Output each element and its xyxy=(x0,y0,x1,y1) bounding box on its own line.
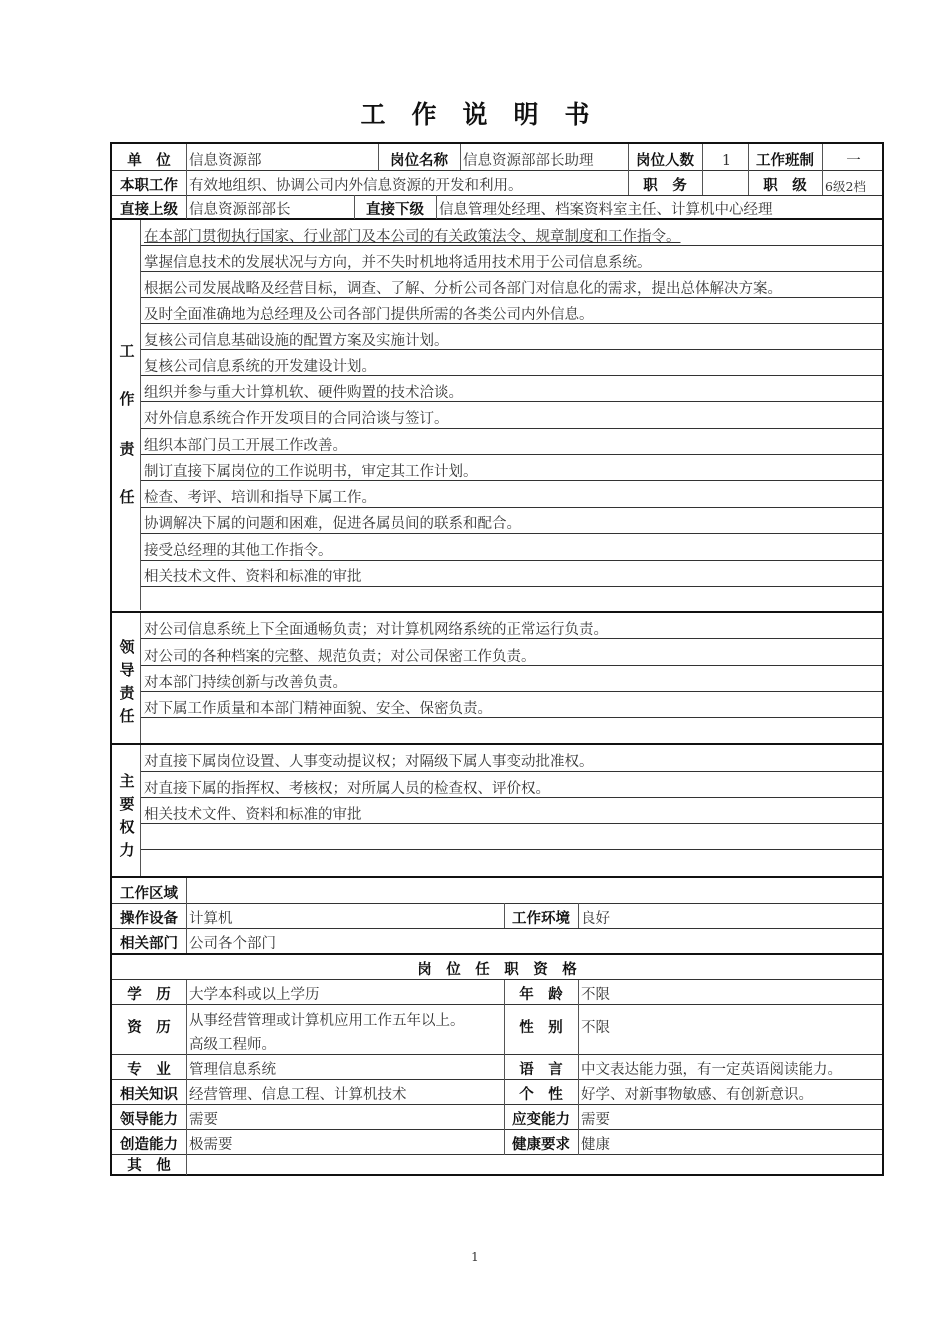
position-name-value: 信息资源部部长助理 xyxy=(460,144,628,170)
qualifications-title: 岗 位 任 职 资 格 xyxy=(112,955,882,979)
creativity-value: 极需要 xyxy=(186,1130,504,1154)
authority-item xyxy=(141,824,882,850)
major-label: 专 业 xyxy=(112,1055,186,1079)
authority-label: 主 要 权 力 xyxy=(112,770,142,860)
related-dept-value: 公司各个部门 xyxy=(186,928,882,953)
responsibility-item: 组织本部门员工开展工作改善。 xyxy=(141,428,882,455)
position-name-label: 岗位名称 xyxy=(378,144,460,170)
subordinate-label: 直接下级 xyxy=(354,195,436,219)
leadership-item: 对下属工作质量和本部门精神面貌、安全、保密负责。 xyxy=(141,692,882,718)
work-area-value xyxy=(186,878,882,903)
superior-value: 信息资源部部长 xyxy=(186,195,354,219)
adaptability-value: 需要 xyxy=(578,1105,882,1129)
grade-value: 6级2档 xyxy=(822,170,882,195)
work-env-value: 良好 xyxy=(578,903,882,928)
responsibility-item: 对外信息系统合作开发项目的合同洽谈与签订。 xyxy=(141,402,882,428)
label-char: 主 xyxy=(112,770,142,793)
gender-label: 性 别 xyxy=(504,1005,578,1054)
label-char: 权 xyxy=(112,816,142,839)
responsibility-item: 相关技术文件、资料和标准的审批 xyxy=(141,560,882,586)
health-value: 健康 xyxy=(578,1130,882,1154)
language-value: 中文表达能力强，有一定英语阅读能力。 xyxy=(578,1055,882,1079)
core-duty-value: 有效地组织、协调公司内外信息资源的开发和利用。 xyxy=(186,170,628,195)
title-value xyxy=(702,170,748,195)
subordinate-value: 信息管理处经理、档案资料室主任、计算机中心经理 xyxy=(436,195,882,219)
equipment-label: 操作设备 xyxy=(112,903,186,928)
gender-value: 不限 xyxy=(578,1005,882,1054)
unit-label: 单 位 xyxy=(112,144,186,170)
unit-value: 信息资源部 xyxy=(186,144,378,170)
authority-item: 对直接下属岗位设置、人事变动提议权；对隔级下属人事变动批准权。 xyxy=(141,745,882,771)
responsibility-item xyxy=(141,586,882,610)
other-label: 其 他 xyxy=(112,1155,186,1175)
work-area-label: 工作区域 xyxy=(112,878,186,903)
experience-value-line2: 高级工程师。 xyxy=(186,1030,504,1054)
label-char: 力 xyxy=(112,839,142,860)
page-number: 1 xyxy=(0,1250,950,1264)
work-env-label: 工作环境 xyxy=(504,903,578,928)
experience-label: 资 历 xyxy=(112,1005,186,1054)
headcount-value: 1 xyxy=(702,144,748,170)
authority-item: 对直接下属的指挥权、考核权；对所属人员的检查权、评价权。 xyxy=(141,771,882,798)
responsibility-item: 及时全面准确地为总经理及公司各部门提供所需的各类公司内外信息。 xyxy=(141,298,882,324)
responsibility-item: 接受总经理的其他工作指令。 xyxy=(141,533,882,560)
leadership-item: 对公司信息系统上下全面通畅负责；对计算机网络系统的正常运行负责。 xyxy=(141,613,882,639)
major-value: 管理信息系统 xyxy=(186,1055,504,1079)
label-char: 作 xyxy=(112,388,142,438)
experience-value-line1: 从事经营管理或计算机应用工作五年以上。 xyxy=(186,1005,504,1030)
title-label: 职 务 xyxy=(628,170,702,195)
label-char: 要 xyxy=(112,793,142,816)
leadership-ability-value: 需要 xyxy=(186,1105,504,1129)
responsibility-item: 根据公司发展战略及经营目标，调查、了解、分析公司各部门对信息化的需求，提出总体解… xyxy=(141,272,882,298)
education-value: 大学本科或以上学历 xyxy=(186,980,504,1004)
label-char: 导 xyxy=(112,659,142,682)
label-char: 任 xyxy=(112,486,142,507)
leadership-label: 领 导 责 任 xyxy=(112,636,142,726)
other-value xyxy=(186,1155,882,1175)
health-label: 健康要求 xyxy=(504,1130,578,1154)
leadership-item: 对公司的各种档案的完整、规范负责；对公司保密工作负责。 xyxy=(141,639,882,666)
responsibility-item: 协调解决下属的问题和困难，促进各属员间的联系和配合。 xyxy=(141,507,882,533)
responsibility-item: 在本部门贯彻执行国家、行业部门及本公司的有关政策法令、规章制度和工作指令。 xyxy=(141,220,882,246)
label-char: 领 xyxy=(112,636,142,659)
label-char: 责 xyxy=(112,682,142,705)
grade-label: 职 级 xyxy=(748,170,822,195)
responsibility-item: 检查、考评、培训和指导下属工作。 xyxy=(141,481,882,507)
label-char: 工 xyxy=(112,340,142,388)
adaptability-label: 应变能力 xyxy=(504,1105,578,1129)
label-char: 责 xyxy=(112,438,142,486)
authority-item: 相关技术文件、资料和标准的审批 xyxy=(141,798,882,824)
language-label: 语 言 xyxy=(504,1055,578,1079)
core-duty-label: 本职工作 xyxy=(112,170,186,195)
creativity-label: 创造能力 xyxy=(112,1130,186,1154)
age-label: 年 龄 xyxy=(504,980,578,1004)
document-title: 工作说明书 xyxy=(0,95,950,131)
responsibility-item: 复核公司信息基础设施的配置方案及实施计划。 xyxy=(141,324,882,350)
related-dept-label: 相关部门 xyxy=(112,928,186,953)
leadership-item: 对本部门持续创新与改善负责。 xyxy=(141,666,882,692)
responsibility-item: 掌握信息技术的发展状况与方向，并不失时机地将适用技术用于公司信息系统。 xyxy=(141,246,882,272)
knowledge-value: 经营管理、信息工程、计算机技术 xyxy=(186,1080,504,1104)
responsibilities-label: 工 作 责 任 xyxy=(112,340,142,507)
responsibility-item: 制订直接下属岗位的工作说明书，审定其工作计划。 xyxy=(141,455,882,481)
education-label: 学 历 xyxy=(112,980,186,1004)
leadership-item xyxy=(141,718,882,743)
leadership-ability-label: 领导能力 xyxy=(112,1105,186,1129)
age-value: 不限 xyxy=(578,980,882,1004)
shift-label: 工作班制 xyxy=(748,144,822,170)
headcount-label: 岗位人数 xyxy=(628,144,702,170)
responsibility-item: 复核公司信息系统的开发建设计划。 xyxy=(141,350,882,376)
equipment-value: 计算机 xyxy=(186,903,504,928)
responsibility-item: 组织并参与重大计算机软、硬件购置的技术洽谈。 xyxy=(141,376,882,402)
knowledge-label: 相关知识 xyxy=(112,1080,186,1104)
personality-label: 个 性 xyxy=(504,1080,578,1104)
superior-label: 直接上级 xyxy=(112,195,186,219)
personality-value: 好学、对新事物敏感、有创新意识。 xyxy=(578,1080,882,1104)
label-char: 任 xyxy=(112,705,142,726)
authority-item xyxy=(141,850,882,876)
shift-value: 一 xyxy=(822,144,882,170)
